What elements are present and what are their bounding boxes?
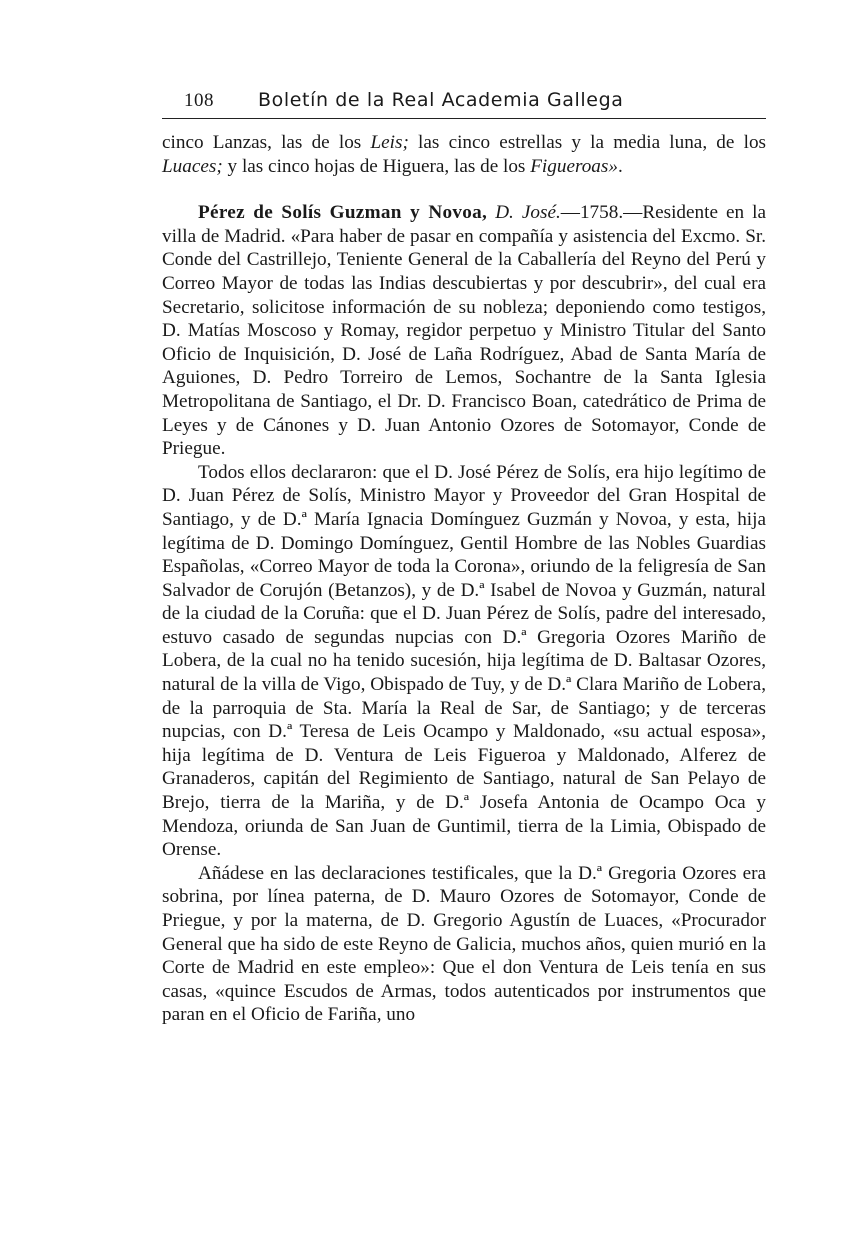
entry-text: Residente en la villa de Madrid. «Para h… — [162, 202, 766, 459]
text-span: y las cinco hojas de Higuera, las de los — [223, 156, 530, 177]
text-span: cinco Lanzas, las de los — [162, 132, 370, 153]
entry-name: Pérez de Solís Guzman y Novoa, — [198, 202, 487, 223]
italic-surname: Figueroas» — [530, 156, 618, 177]
italic-surname: Leis; — [370, 132, 408, 153]
body-text: cinco Lanzas, las de los Leis; las cinco… — [162, 131, 766, 1027]
paragraph-gap — [162, 178, 766, 201]
italic-surname: Luaces; — [162, 156, 223, 177]
page-number: 108 — [184, 90, 214, 112]
running-head: 108 Boletín de la Real Academia Gallega — [162, 88, 766, 119]
entry-given-name: D. José. — [495, 202, 561, 223]
journal-title: Boletín de la Real Academia Gallega — [258, 89, 623, 111]
entry-paragraph: Pérez de Solís Guzman y Novoa, D. José.—… — [162, 201, 766, 461]
entry-year: —1758.— — [561, 202, 643, 223]
body-paragraph-1: Todos ellos declararon: que el D. José P… — [162, 461, 766, 862]
text-span: las cinco estrellas y la media luna, de … — [409, 132, 766, 153]
document-page: 108 Boletín de la Real Academia Gallega … — [162, 88, 766, 1027]
body-paragraph-2: Añádese en las declaraciones testificale… — [162, 862, 766, 1027]
continuation-paragraph: cinco Lanzas, las de los Leis; las cinco… — [162, 131, 766, 178]
text-span: . — [618, 156, 623, 177]
